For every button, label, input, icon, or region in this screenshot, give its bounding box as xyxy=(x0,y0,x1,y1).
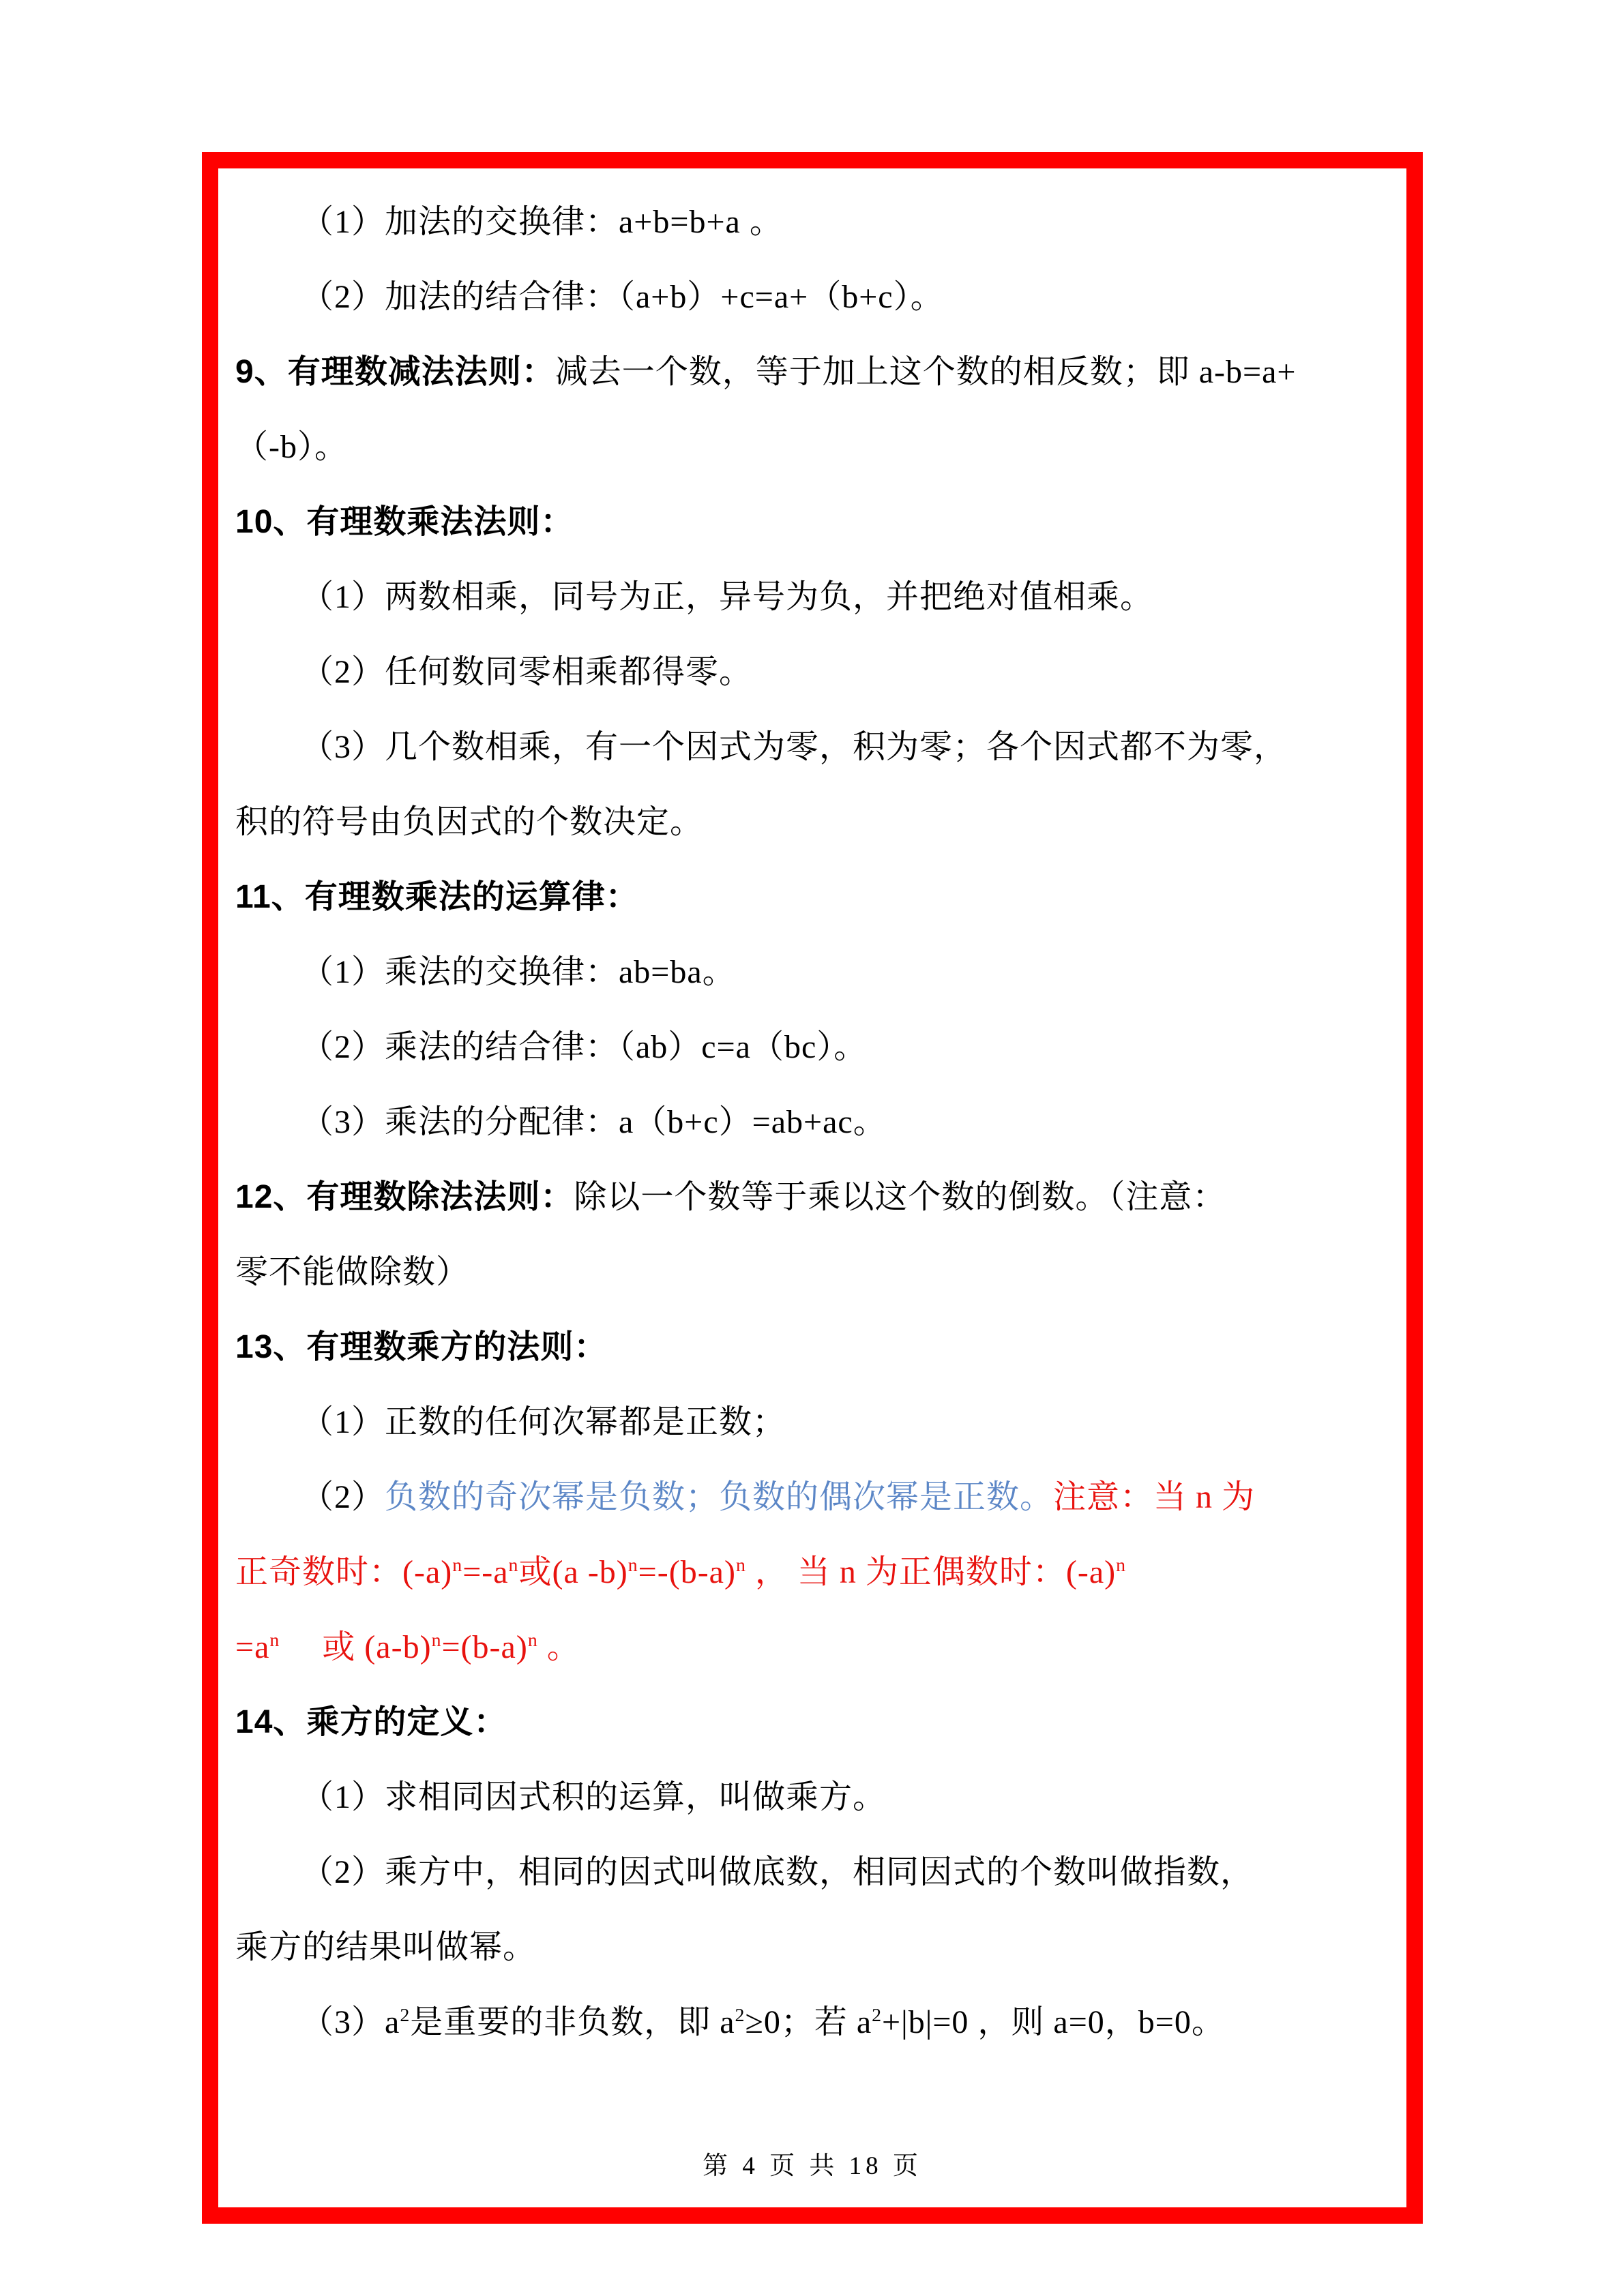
text-line: （3）几个数相乘，有一个因式为零，积为零；各个因式都不为零， xyxy=(235,710,1398,785)
text-line: （2）负数的奇次幂是负数；负数的偶次幂是正数。注意：当 n 为 xyxy=(235,1460,1398,1535)
text-line: （1）两数相乘，同号为正，异号为负，并把绝对值相乘。 xyxy=(235,560,1398,635)
text-line: （1）乘法的交换律：ab=ba。 xyxy=(235,935,1398,1010)
text-line: 10、有理数乘法法则： xyxy=(235,485,1398,560)
text-segment: （1）乘法的交换律：ab=ba。 xyxy=(301,954,736,990)
text-line: （1）加法的交换律：a+b=b+a 。 xyxy=(235,185,1398,260)
document-body: （1）加法的交换律：a+b=b+a 。（2）加法的结合律：（a+b）+c=a+（… xyxy=(218,168,1406,2060)
text-segment: 是重要的非负数，即 a xyxy=(410,2004,735,2040)
text-segment: ≥0；若 a xyxy=(745,2004,872,2040)
text-segment: 减去一个数，等于加上这个数的相反数；即 a-b=a+ xyxy=(555,354,1297,390)
text-segment: （3）乘法的分配律：a（b+c）=ab+ac。 xyxy=(301,1104,887,1140)
superscript: n xyxy=(628,1555,638,1576)
superscript: n xyxy=(509,1555,519,1576)
text-segment: 11、有理数乘法的运算律： xyxy=(235,879,639,915)
text-segment: 13、有理数乘方的法则： xyxy=(235,1329,607,1365)
text-segment: =-a xyxy=(462,1554,508,1590)
text-segment: 或 (a-b) xyxy=(280,1629,431,1665)
text-line: 13、有理数乘方的法则： xyxy=(235,1310,1398,1385)
page: { "page": { "colors": { "border_red": "#… xyxy=(0,0,1624,2296)
text-segment: （1）加法的交换律：a+b=b+a 。 xyxy=(301,204,783,240)
text-segment: （3）几个数相乘，有一个因式为零，积为零；各个因式都不为零， xyxy=(301,729,1287,765)
superscript: n xyxy=(736,1555,746,1576)
footer-page-number: 第 4 页 共 18 页 xyxy=(218,2145,1406,2181)
text-segment: 除以一个数等于乘以这个数的倒数。（注意： xyxy=(574,1179,1226,1215)
text-line: 11、有理数乘法的运算律： xyxy=(235,860,1398,935)
text-line: （1）正数的任何次幂都是正数； xyxy=(235,1385,1398,1460)
text-line: =an 或 (a-b)n=(b-a)n 。 xyxy=(235,1610,1398,1685)
text-segment: （2）加法的结合律：（a+b）+c=a+（b+c）。 xyxy=(301,279,944,315)
text-segment: =-(b-a) xyxy=(638,1554,736,1590)
superscript: 2 xyxy=(735,2005,745,2026)
text-segment: 10、有理数乘法法则： xyxy=(235,504,574,540)
text-segment: （2） xyxy=(301,1479,385,1515)
text-segment: （3）a xyxy=(301,2004,400,2040)
text-segment: 。 xyxy=(538,1629,580,1665)
text-segment: （1）正数的任何次幂都是正数； xyxy=(301,1404,786,1440)
text-segment: ， 当 n 为正偶数时：(-a) xyxy=(746,1554,1116,1590)
text-line: （3）乘法的分配律：a（b+c）=ab+ac。 xyxy=(235,1085,1398,1160)
text-line: 9、有理数减法法则：减去一个数，等于加上这个数的相反数；即 a-b=a+ xyxy=(235,335,1398,410)
text-line: 积的符号由负因式的个数决定。 xyxy=(235,785,1398,860)
superscript: n xyxy=(269,1630,280,1651)
text-segment: 积的符号由负因式的个数决定。 xyxy=(235,804,703,840)
superscript: n xyxy=(432,1630,442,1651)
text-segment: （1）两数相乘，同号为正，异号为负，并把绝对值相乘。 xyxy=(301,579,1153,615)
text-line: （2）任何数同零相乘都得零。 xyxy=(235,635,1398,710)
text-line: 14、乘方的定义： xyxy=(235,1685,1398,1760)
text-segment: （2）乘法的结合律：（ab）c=a（bc）。 xyxy=(301,1029,867,1065)
superscript: 2 xyxy=(400,2005,410,2026)
text-segment: 注意：当 n 为 xyxy=(1053,1479,1255,1515)
superscript: 2 xyxy=(872,2005,882,2026)
superscript: n xyxy=(528,1630,538,1651)
red-border-frame: （1）加法的交换律：a+b=b+a 。（2）加法的结合律：（a+b）+c=a+（… xyxy=(202,152,1423,2224)
text-segment: =(b-a) xyxy=(441,1629,527,1665)
text-segment: （2）乘方中，相同的因式叫做底数，相同因式的个数叫做指数， xyxy=(301,1854,1254,1890)
text-segment: 12、有理数除法法则： xyxy=(235,1179,574,1215)
text-line: 12、有理数除法法则：除以一个数等于乘以这个数的倒数。（注意： xyxy=(235,1160,1398,1235)
text-segment: +|b|=0 ，则 a=0，b=0。 xyxy=(882,2004,1225,2040)
text-line: （2）乘方中，相同的因式叫做底数，相同因式的个数叫做指数， xyxy=(235,1835,1398,1910)
text-segment: 或(a -b) xyxy=(518,1554,628,1590)
text-line: 零不能做除数） xyxy=(235,1235,1398,1310)
superscript: n xyxy=(1116,1555,1126,1576)
text-line: 正奇数时：(-a)n=-an或(a -b)n=-(b-a)n ， 当 n 为正偶… xyxy=(235,1535,1398,1610)
text-line: （2）加法的结合律：（a+b）+c=a+（b+c）。 xyxy=(235,260,1398,335)
text-line: （3）a2是重要的非负数，即 a2≥0；若 a2+|b|=0 ，则 a=0，b=… xyxy=(235,1985,1398,2060)
text-segment: 乘方的结果叫做幂。 xyxy=(235,1929,536,1965)
text-segment: 14、乘方的定义： xyxy=(235,1704,507,1740)
text-line: （-b）。 xyxy=(235,410,1398,485)
text-line: （2）乘法的结合律：（ab）c=a（bc）。 xyxy=(235,1010,1398,1085)
text-segment: =a xyxy=(235,1629,269,1665)
text-segment: 正奇数时：(-a) xyxy=(235,1554,452,1590)
text-line: 乘方的结果叫做幂。 xyxy=(235,1910,1398,1985)
text-segment: 9、有理数减法法则： xyxy=(235,354,555,390)
text-segment: 负数的奇次幂是负数；负数的偶次幂是正数。 xyxy=(385,1479,1053,1515)
text-line: （1）求相同因式积的运算，叫做乘方。 xyxy=(235,1760,1398,1835)
text-segment: （-b）。 xyxy=(235,429,348,465)
text-segment: （1）求相同因式积的运算，叫做乘方。 xyxy=(301,1779,886,1815)
superscript: n xyxy=(452,1555,462,1576)
text-segment: （2）任何数同零相乘都得零。 xyxy=(301,654,752,690)
text-segment: 零不能做除数） xyxy=(235,1254,469,1290)
